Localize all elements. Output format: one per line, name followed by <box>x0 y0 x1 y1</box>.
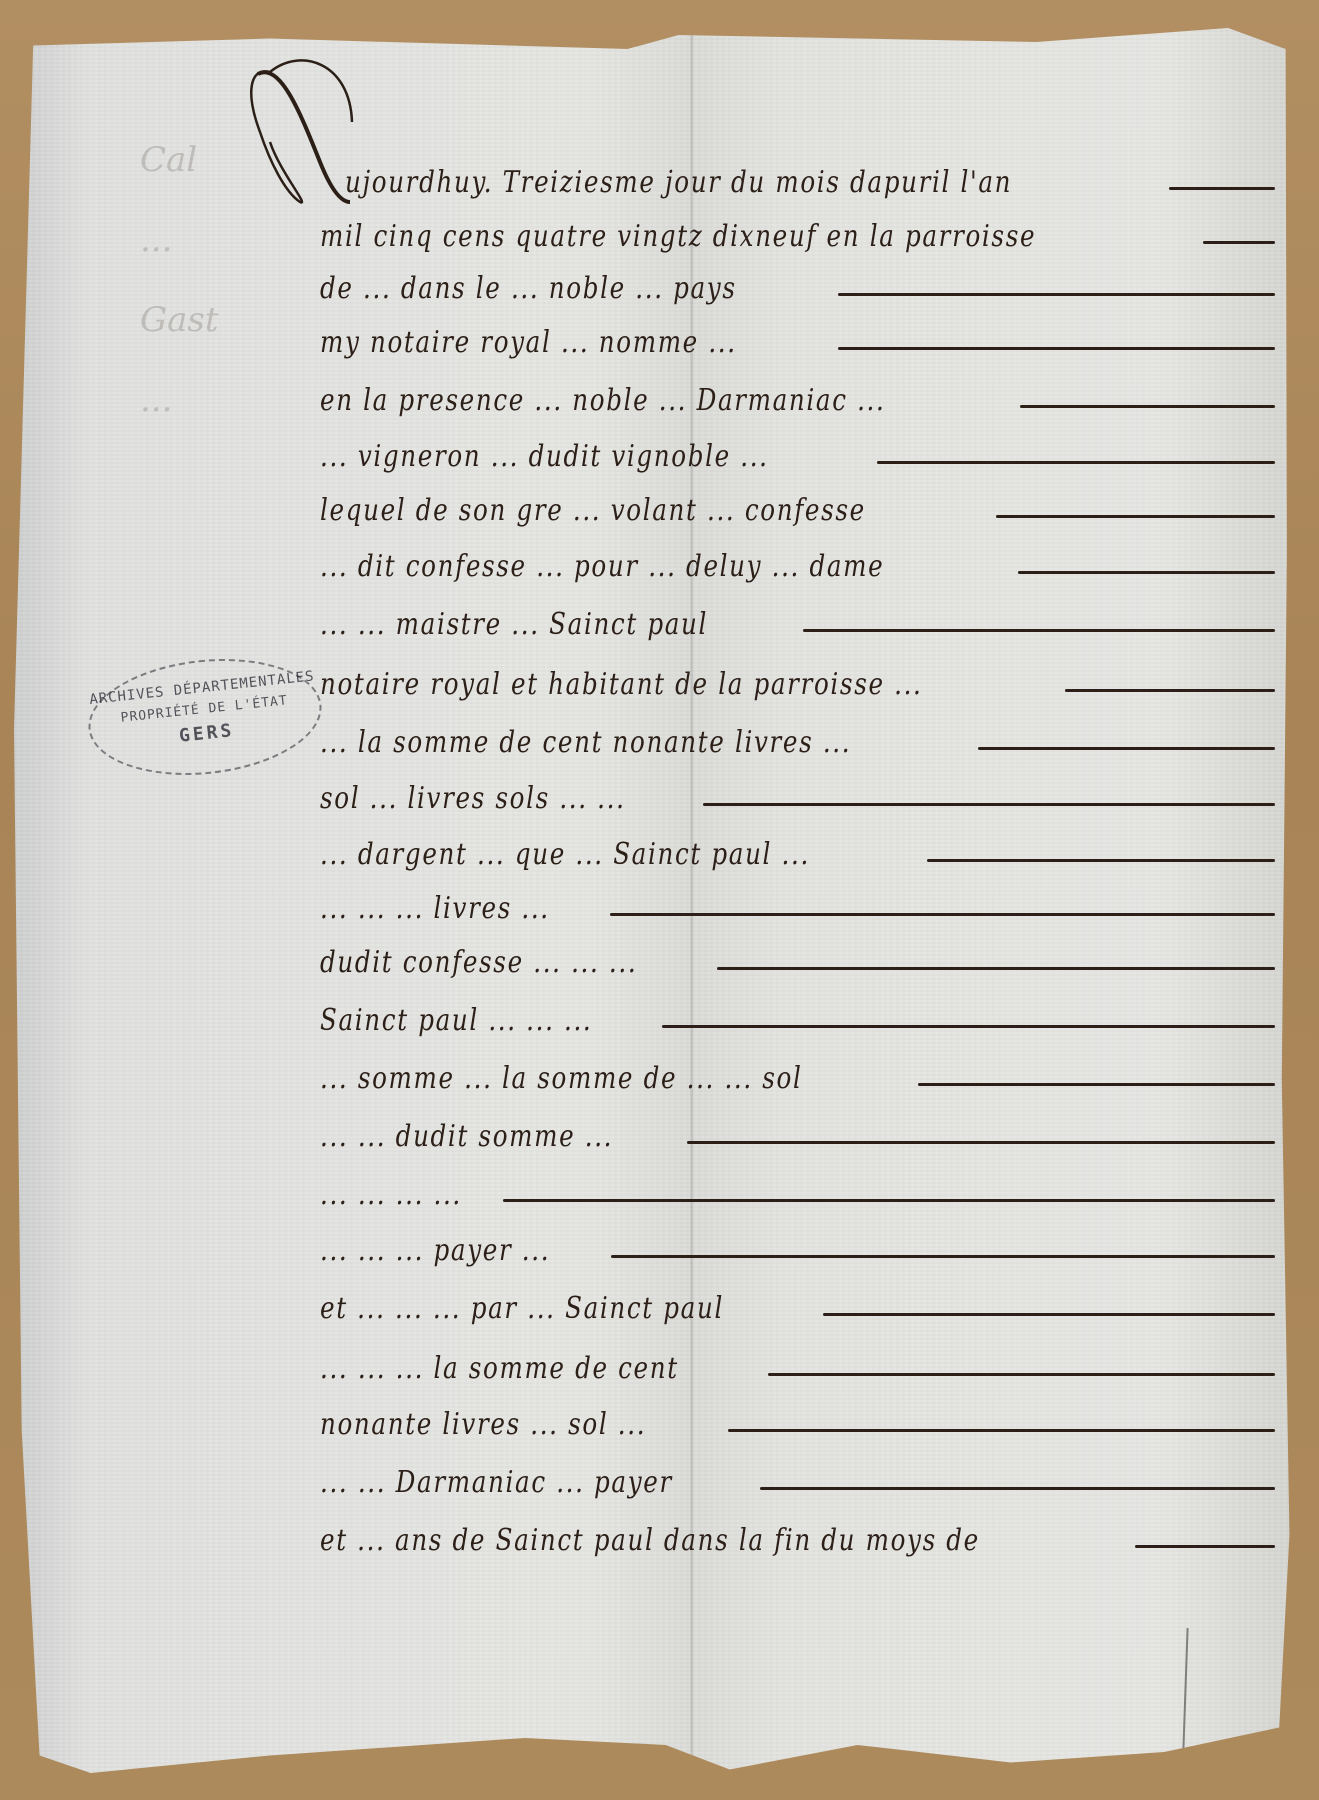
text-line: ... ... dudit somme ... <box>320 1114 1279 1154</box>
line-text: en la presence ... noble ... Darmaniac .… <box>320 383 885 418</box>
text-line: ... ... ... ... <box>320 1172 1279 1212</box>
text-line: ... dit confesse ... pour ... deluy ... … <box>320 544 1279 584</box>
text-line: de ... dans le ... noble ... pays <box>320 266 1279 306</box>
line-filler <box>1203 241 1275 244</box>
line-text: lequel de son gre ... volant ... confess… <box>320 493 866 528</box>
line-filler <box>703 803 1275 806</box>
line-filler <box>838 347 1275 350</box>
line-text: sol ... livres sols ... ... <box>320 781 626 816</box>
line-filler <box>662 1025 1275 1028</box>
line-text: et ... ans de Sainct paul dans la fin du… <box>320 1523 980 1558</box>
line-filler <box>838 293 1275 296</box>
text-line: lequel de son gre ... volant ... confess… <box>320 488 1279 528</box>
line-filler <box>927 859 1275 862</box>
text-line: mil cinq cens quatre vingtz dixneuf en l… <box>320 214 1279 254</box>
text-line: ... somme ... la somme de ... ... sol <box>320 1056 1279 1096</box>
line-text: ... ... ... la somme de cent <box>320 1351 679 1386</box>
line-text: et ... ... ... par ... Sainct paul <box>320 1291 724 1326</box>
line-filler <box>1065 689 1275 692</box>
line-filler <box>1169 187 1275 190</box>
line-filler <box>760 1487 1275 1490</box>
text-line: ... dargent ... que ... Sainct paul ... <box>320 832 1279 872</box>
line-filler <box>823 1313 1275 1316</box>
line-text: ... dit confesse ... pour ... deluy ... … <box>320 549 884 584</box>
line-filler <box>768 1373 1275 1376</box>
line-filler <box>978 747 1275 750</box>
text-line: et ... ... ... par ... Sainct paul <box>320 1286 1279 1326</box>
line-text: ... vigneron ... dudit vignoble ... <box>320 439 769 474</box>
text-line: ... ... ... la somme de cent <box>320 1346 1279 1386</box>
text-line: my notaire royal ... nomme ... <box>320 320 1279 360</box>
line-text: ... ... Darmaniac ... payer <box>320 1465 673 1500</box>
line-text: ... ... ... livres ... <box>320 891 550 926</box>
text-line: sol ... livres sols ... ... <box>320 776 1279 816</box>
line-text: my notaire royal ... nomme ... <box>320 325 737 360</box>
text-line: ... vigneron ... dudit vignoble ... <box>320 434 1279 474</box>
text-line: ... ... Darmaniac ... payer <box>320 1460 1279 1500</box>
line-filler <box>1135 1545 1275 1548</box>
line-filler <box>610 913 1275 916</box>
line-filler <box>611 1255 1275 1258</box>
line-filler <box>717 967 1275 970</box>
line-text: ... somme ... la somme de ... ... sol <box>320 1061 803 1096</box>
text-line: notaire royal et habitant de la parroiss… <box>320 662 1279 702</box>
line-text: notaire royal et habitant de la parroiss… <box>320 667 923 702</box>
text-line: ... ... ... payer ... <box>320 1228 1279 1268</box>
line-filler <box>687 1141 1275 1144</box>
line-filler <box>803 629 1275 632</box>
text-line: dudit confesse ... ... ... <box>320 940 1279 980</box>
text-line: Sainct paul ... ... ... <box>320 998 1279 1038</box>
line-text: ... dargent ... que ... Sainct paul ... <box>320 837 810 872</box>
line-filler <box>1018 571 1275 574</box>
text-line: ... ... maistre ... Sainct paul <box>320 602 1279 642</box>
line-text: ... ... ... payer ... <box>320 1233 550 1268</box>
line-text: mil cinq cens quatre vingtz dixneuf en l… <box>320 219 1036 254</box>
line-text: ... ... maistre ... Sainct paul <box>320 607 708 642</box>
text-line: et ... ans de Sainct paul dans la fin du… <box>320 1518 1279 1558</box>
line-text: Sainct paul ... ... ... <box>320 1003 592 1038</box>
line-text: nonante livres ... sol ... <box>320 1407 646 1442</box>
line-text: de ... dans le ... noble ... pays <box>320 271 737 306</box>
text-line: ... ... ... livres ... <box>320 886 1279 926</box>
line-filler <box>503 1199 1275 1202</box>
text-line: nonante livres ... sol ... <box>320 1402 1279 1442</box>
line-text: ... ... dudit somme ... <box>320 1119 613 1154</box>
line-text: dudit confesse ... ... ... <box>320 945 637 980</box>
text-line: en la presence ... noble ... Darmaniac .… <box>320 378 1279 418</box>
line-text: ... la somme de cent nonante livres ... <box>320 725 851 760</box>
line-text: ... ... ... ... <box>320 1177 462 1212</box>
line-filler <box>1020 405 1275 408</box>
manuscript-text: ujourdhuy. Treiziesme jour du mois dapur… <box>0 0 1319 1800</box>
line-text: ujourdhuy. Treiziesme jour du mois dapur… <box>345 165 1012 200</box>
text-line: ... la somme de cent nonante livres ... <box>320 720 1279 760</box>
line-filler <box>918 1083 1275 1086</box>
line-filler <box>728 1429 1275 1432</box>
line-filler <box>877 461 1275 464</box>
line-filler <box>996 515 1275 518</box>
text-line: ujourdhuy. Treiziesme jour du mois dapur… <box>345 160 1279 200</box>
